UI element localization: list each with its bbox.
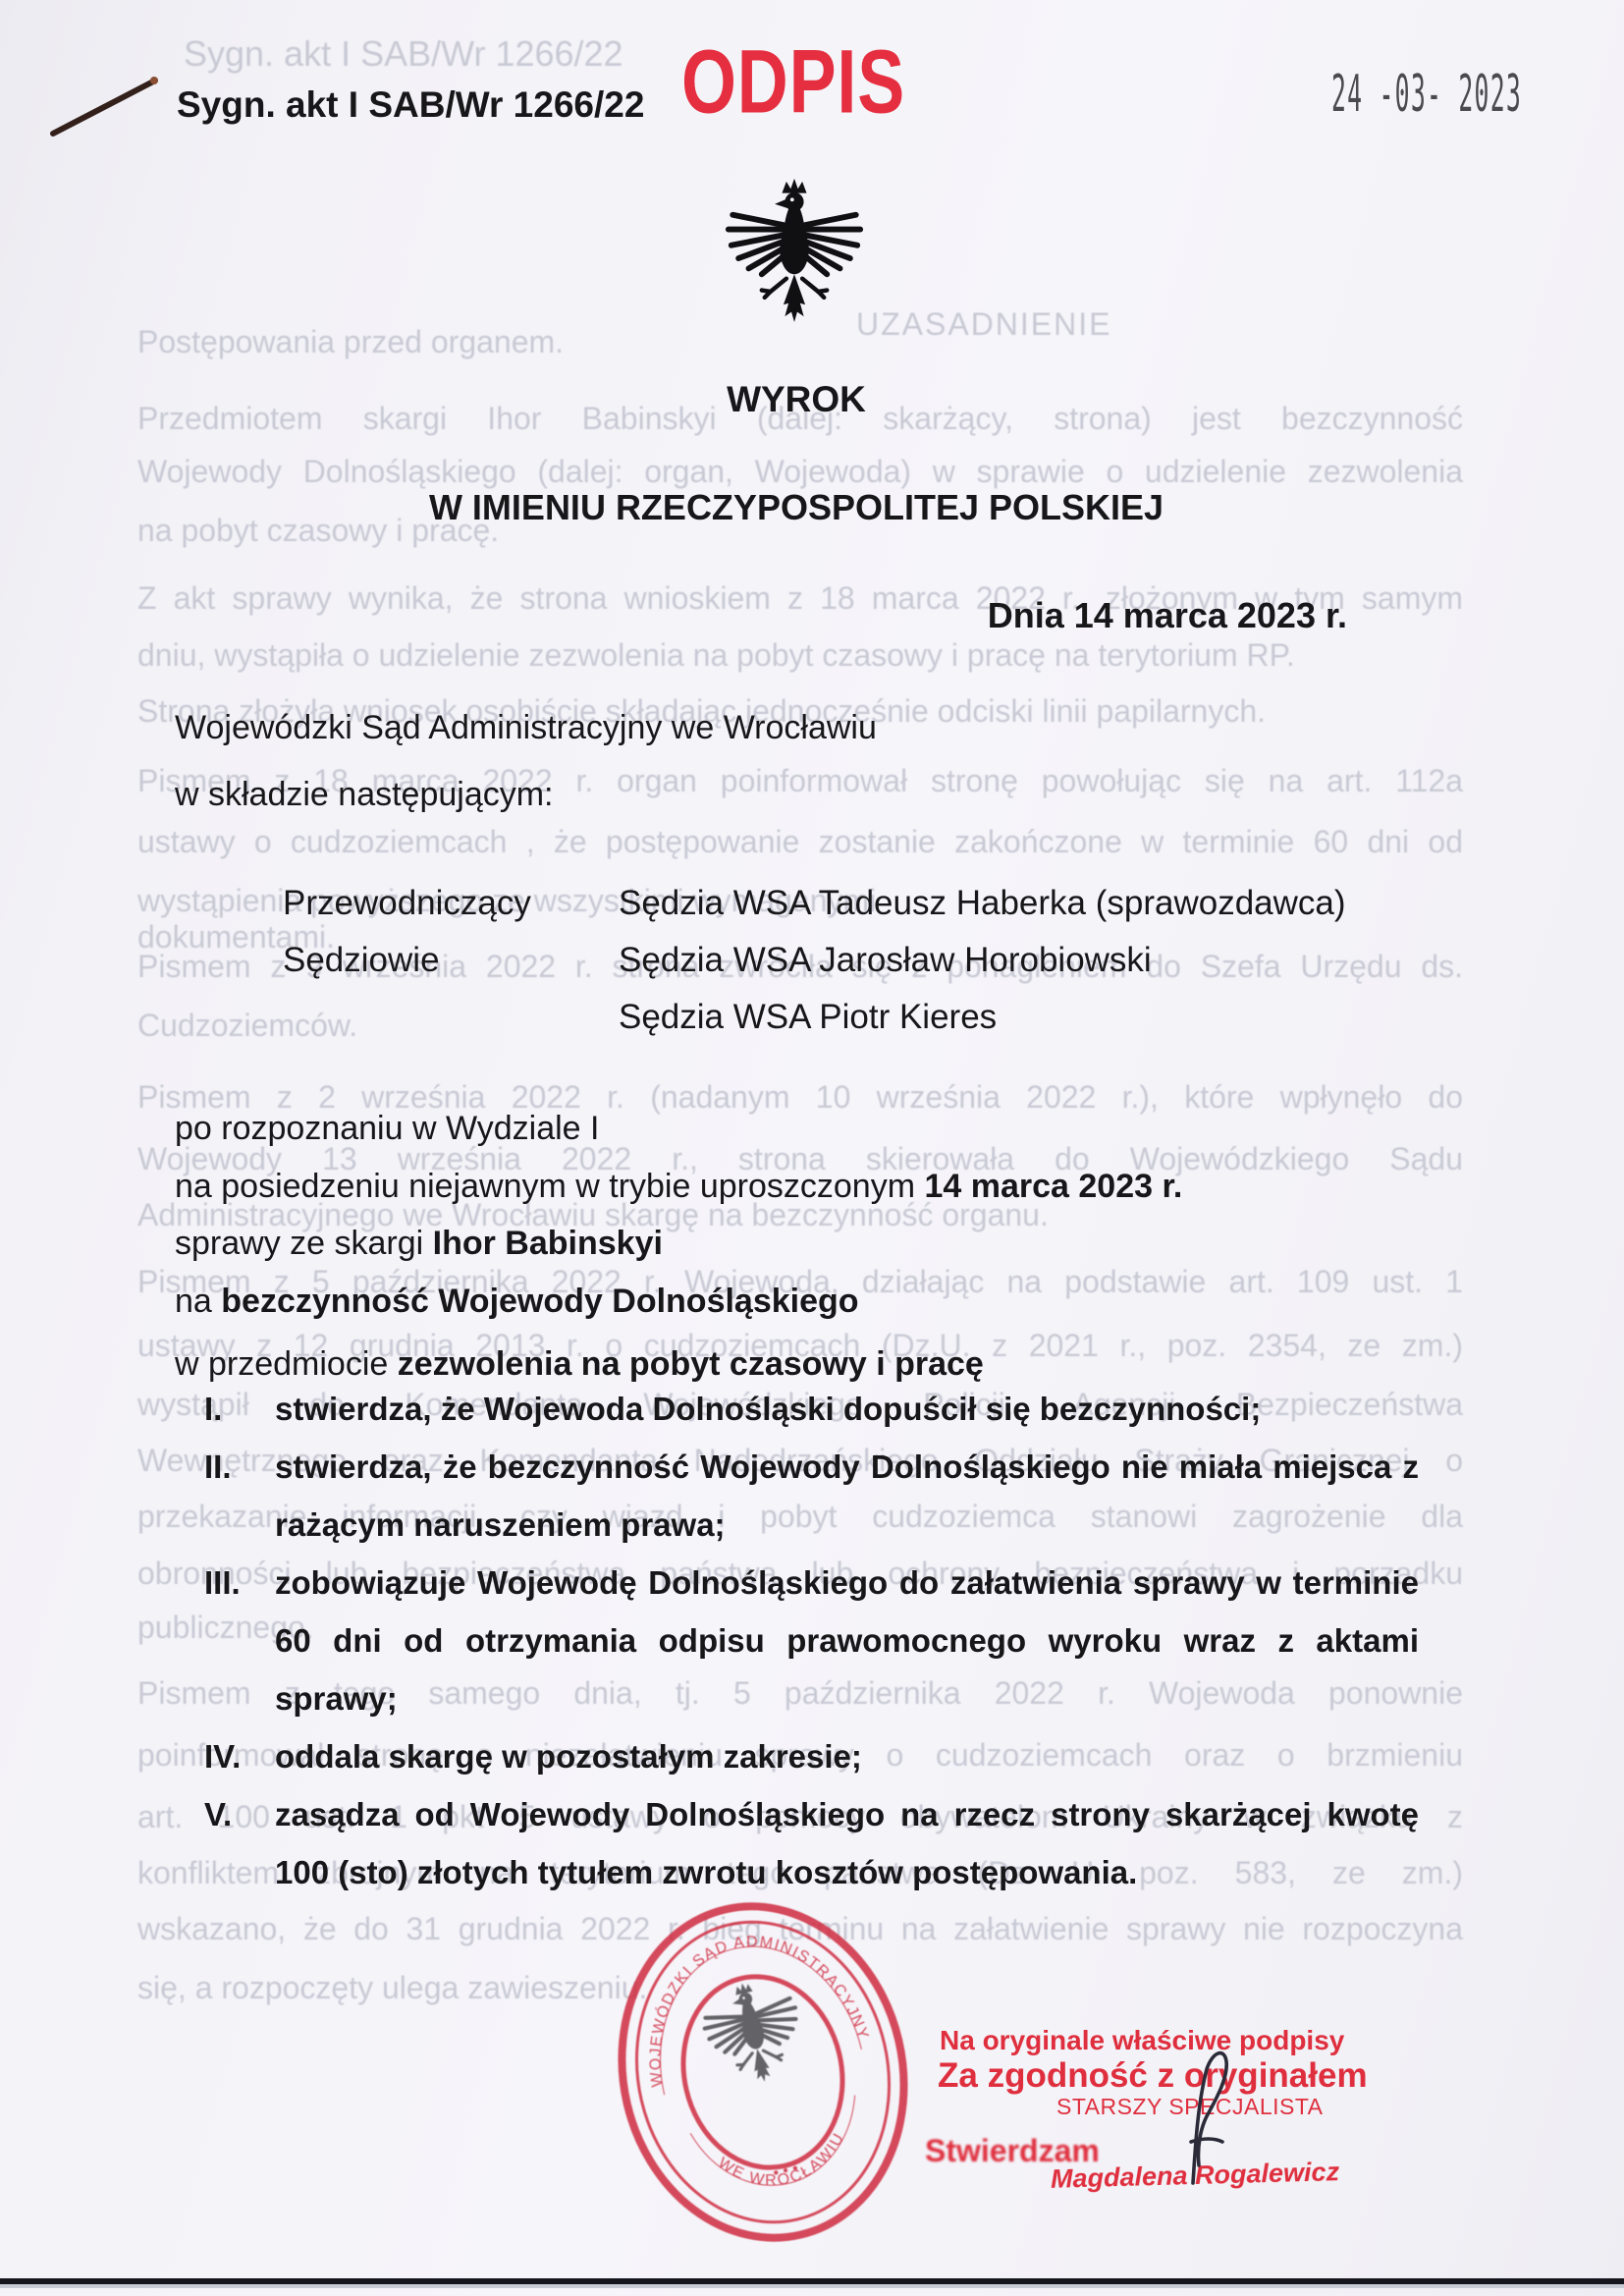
polish-eagle-emblem	[720, 177, 869, 346]
ruling-numeral: I.	[204, 1391, 222, 1428]
court-seal-stamp: WOJEWÓDZKI SĄD ADMINISTRACYJNY WE WROCŁA…	[604, 1884, 922, 2261]
judge-name: Sędzia WSA Jarosław Horobiowski	[619, 941, 1152, 980]
scan-edge-highlight	[0, 2284, 1624, 2288]
ruling-numeral: II.	[204, 1449, 232, 1486]
bleed-through-line: UZASADNIENIE	[856, 306, 1229, 343]
ruling-numeral: V.	[204, 1796, 232, 1833]
ruling-line: sprawy;	[275, 1680, 398, 1718]
ruling-line: stwierdza, że bezczynność Wojewody Dolno…	[275, 1449, 1419, 1486]
bleed-through-line: Sygn. akt I SAB/Wr 1266/22	[184, 33, 625, 74]
panel-intro: w składzie następującym:	[175, 776, 554, 814]
court-name: Wojewódzki Sąd Administracyjny we Wrocła…	[175, 709, 877, 747]
recital-bold: Ihor Babinskyi	[433, 1225, 663, 1262]
ruling-line: zasądza od Wojewody Dolnośląskiego na rz…	[275, 1796, 1419, 1833]
recital-plain: na	[175, 1283, 221, 1320]
judge-role: Przewodniczący	[283, 884, 531, 923]
recital-line: po rozpoznaniu w Wydziale I	[175, 1110, 599, 1148]
judge-name: Sędzia WSA Piotr Kieres	[619, 998, 997, 1037]
recital-bold: bezczynność Wojewody Dolnośląskiego	[221, 1283, 858, 1320]
certification-true-copy: Za zgodność z oryginałem	[938, 2056, 1368, 2096]
recital-plain: sprawy ze skargi	[175, 1225, 433, 1262]
judgment-subtitle: W IMIENIU RZECZYPOSPOLITEJ POLSKIEJ	[0, 487, 1593, 527]
judge-name: Sędzia WSA Tadeusz Haberka (sprawozdawca…	[619, 884, 1346, 923]
bleed-through-line: Cudzoziemców.	[137, 1008, 550, 1044]
certification-original-signatures: Na oryginale właściwe podpisy	[940, 2025, 1344, 2056]
recital-plain: w przedmiocie	[175, 1345, 398, 1383]
recital-line: na posiedzeniu niejawnym w trybie uprosz…	[175, 1168, 1182, 1206]
bleed-through-line: Postępowania przed organem.	[137, 324, 648, 360]
handwritten-slash-mark	[37, 69, 170, 152]
recital-line: w przedmiocie zezwolenia na pobyt czasow…	[175, 1345, 984, 1384]
ruling-numeral: III.	[204, 1564, 241, 1602]
bleed-through-line: ustawy o cudzoziemcach , że postępowanie…	[137, 824, 1463, 860]
recital-plain: po rozpoznaniu w Wydziale I	[175, 1110, 599, 1147]
ruling-line: stwierdza, że Wojewoda Dolnośląski dopuś…	[275, 1391, 1261, 1428]
recital-bold: zezwolenia na pobyt czasowy i pracę	[398, 1345, 984, 1383]
pen-signature	[1164, 2048, 1252, 2190]
recital-bold: 14 marca 2023 r.	[924, 1168, 1182, 1205]
ruling-line: zobowiązuje Wojewodę Dolnośląskiego do z…	[275, 1564, 1419, 1602]
recital-line: na bezczynność Wojewody Dolnośląskiego	[175, 1283, 859, 1321]
bleed-through-line: Wojewody Dolnośląskiego (dalej: organ, W…	[137, 454, 1463, 490]
recital-line: sprawy ze skargi Ihor Babinskyi	[175, 1225, 663, 1263]
received-date-stamp: 24 -03- 2023	[1331, 65, 1522, 124]
case-number: Sygn. akt I SAB/Wr 1266/22	[177, 84, 644, 127]
bleed-through-line: dniu, wystąpiła o udzielenie zezwolenia …	[137, 637, 1463, 674]
ruling-line: oddala skargę w pozostałym zakresie;	[275, 1738, 862, 1776]
judge-role: Sędziowie	[283, 941, 440, 980]
ruling-line: 60 dni od otrzymania odpisu prawomocnego…	[275, 1622, 1419, 1660]
ruling-line: rażącym naruszeniem prawa;	[275, 1506, 726, 1544]
ruling-numeral: IV.	[204, 1738, 241, 1776]
odpis-copy-stamp: ODPIS	[681, 31, 905, 136]
scanned-court-judgment-page: Sygn. akt I SAB/Wr 1266/22UZASADNIENIEPo…	[0, 0, 1624, 2296]
recital-plain: na posiedzeniu niejawnym w trybie uprosz…	[175, 1168, 924, 1205]
judgment-title: WYROK	[0, 379, 1593, 421]
judgment-date-line: Dnia 14 marca 2023 r.	[856, 595, 1347, 635]
